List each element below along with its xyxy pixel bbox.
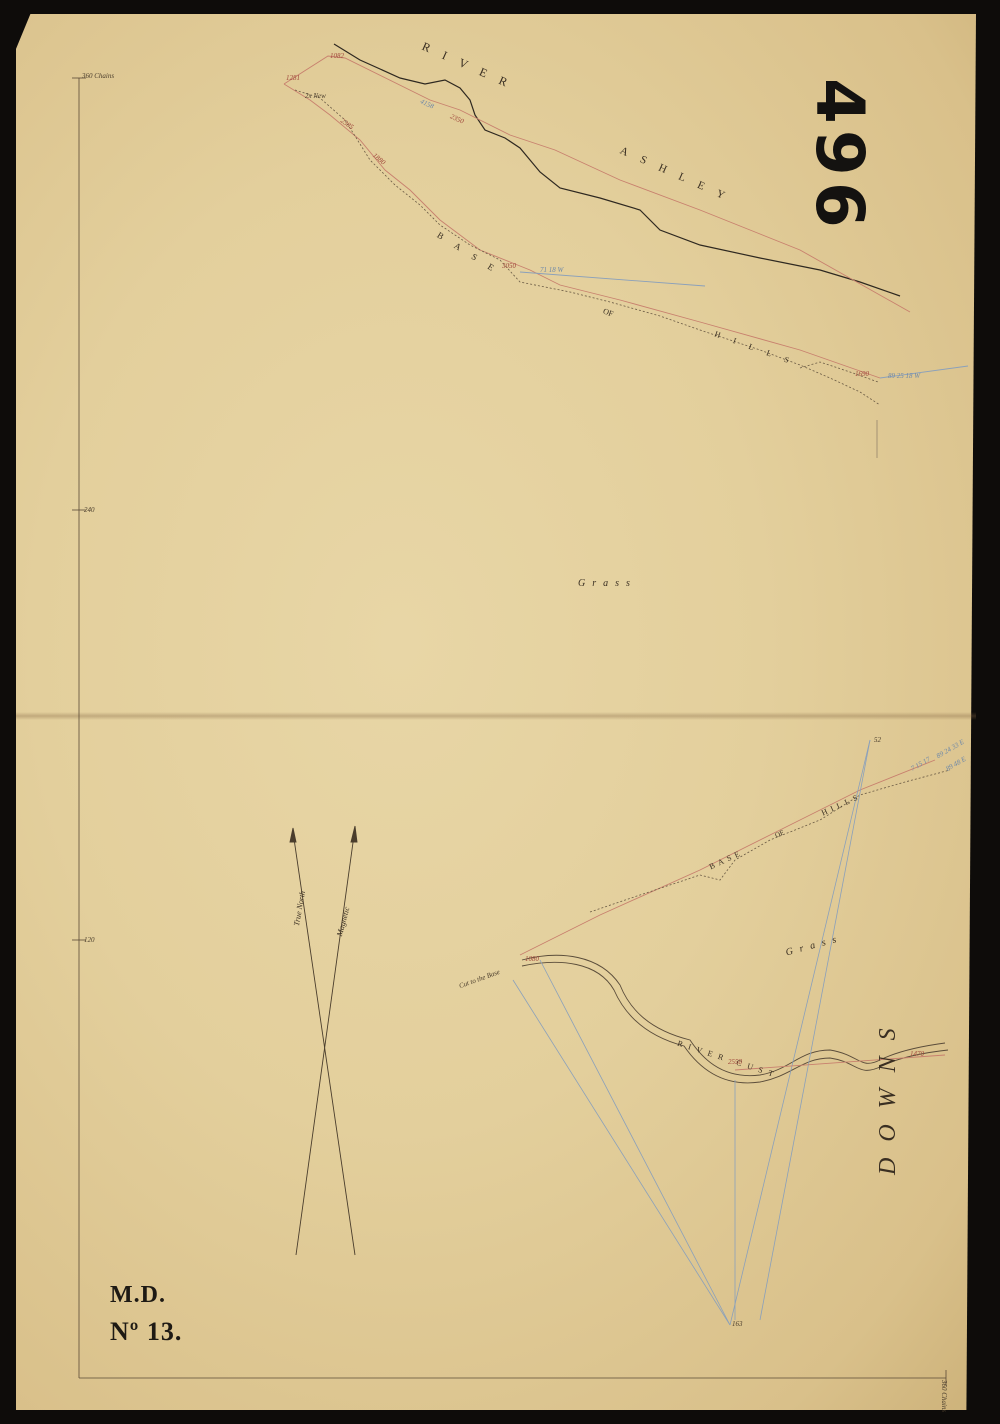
frame-lines	[72, 78, 946, 1386]
annot-triangle-top: 52	[874, 736, 881, 744]
title-block: M.D. Nº 13.	[110, 1282, 182, 1347]
scale-label-bottom: 360 Chains	[940, 1380, 948, 1412]
annot-station-right: 1690	[855, 370, 869, 378]
scale-label-120: 120	[84, 936, 95, 944]
scale-label-top: 360 Chains	[82, 72, 114, 80]
annot-lower-left-station: 1080	[525, 955, 539, 963]
annot-lower-river-station: 2558	[728, 1058, 742, 1066]
compass-magnetic	[296, 826, 357, 1255]
label-downs: DOWNS	[875, 1012, 902, 1175]
annot-1281: 1281	[286, 74, 300, 82]
scale-label-240: 240	[84, 506, 95, 514]
annot-bearing-mid: 71 18 W	[540, 266, 563, 274]
sheet-number: 496	[801, 78, 878, 234]
title-line-2: Nº 13.	[110, 1317, 182, 1347]
triangulation-rays	[513, 740, 870, 1325]
annot-bottom-apex: 163	[732, 1320, 743, 1328]
annot-bearing-right: 89 25 18 W	[888, 372, 920, 380]
annot-station-mid: 3050	[502, 262, 516, 270]
annot-lower-right-station: 1470	[910, 1050, 924, 1058]
title-line-1: M.D.	[110, 1282, 182, 1309]
label-grass-center: Grass	[578, 578, 637, 589]
annot-1082: 1082	[330, 52, 344, 60]
annot-station-1: 2x New	[305, 92, 326, 100]
